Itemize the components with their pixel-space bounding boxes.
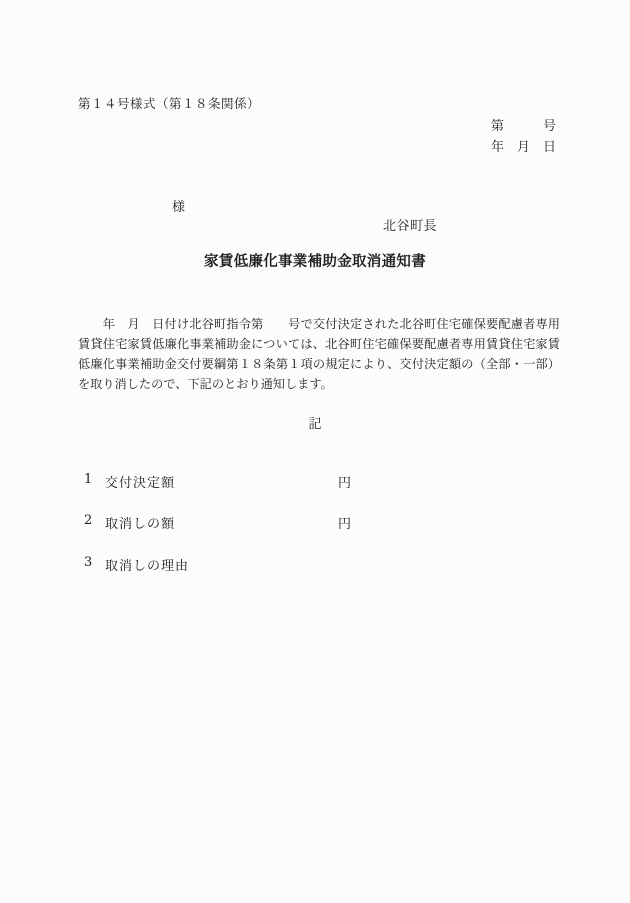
item-label: 取消しの額 [105,513,175,532]
document-number-line: 第 号 [491,115,556,134]
item-label: 取消しの理由 [105,555,189,574]
form-number-label: 第１４号様式（第１８条関係） [78,94,260,112]
item-unit: 円 [338,472,351,491]
record-marker: 記 [0,413,630,432]
list-item: 3 取消しの理由 [0,555,630,575]
date-line: 年 月 日 [491,136,556,155]
list-item: 2 取消しの額 円 [0,513,630,533]
item-label: 交付決定額 [105,472,175,491]
document-page: 第１４号様式（第１８条関係） 第 号 年 月 日 様 北谷町長 家賃低廉化事業補… [0,0,630,903]
body-paragraph: 年 月 日付け北谷町指令第 号で交付決定された北谷町住宅確保要配慮者専用賃貸住宅… [78,314,560,394]
document-title: 家賃低廉化事業補助金取消通知書 [0,250,630,271]
list-item: 1 交付決定額 円 [0,472,630,492]
sender-name: 北谷町長 [383,215,437,234]
item-number: 3 [84,555,92,570]
addressee-honorific: 様 [172,196,185,215]
item-unit: 円 [338,513,351,532]
item-number: 2 [84,513,92,528]
item-number: 1 [84,472,92,487]
